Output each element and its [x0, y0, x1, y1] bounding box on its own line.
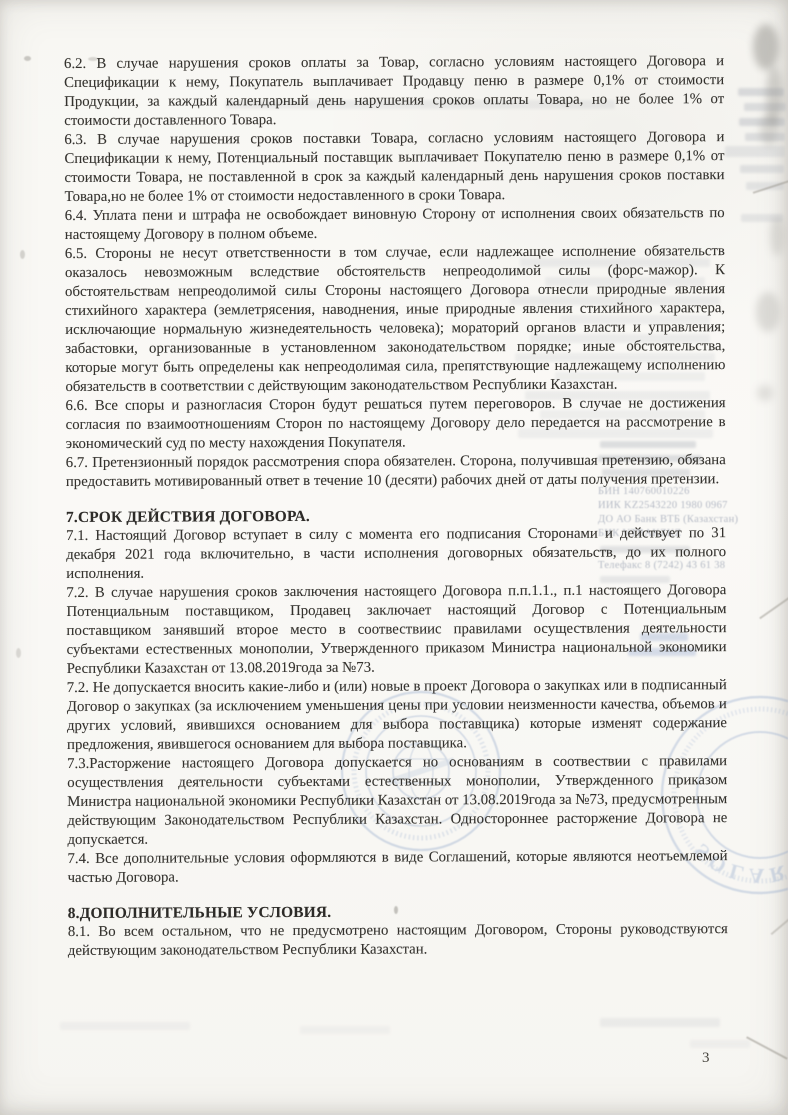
clause-7-3: 7.3.Расторжение настоящего Договора допу…: [67, 752, 727, 850]
smudge: [725, 146, 785, 157]
speck: [16, 648, 21, 658]
scanned-contract-page: БИН 140760010226 ИИК KZ2543220 1980 0967…: [0, 0, 788, 1115]
scratch-mark: [771, 917, 788, 935]
clause-7-2a: 7.2. В случае нарушения сроков заключени…: [66, 581, 726, 679]
clause-6-3: 6.3. В случае нарушения сроков поставки …: [64, 128, 724, 207]
smudge: [770, 216, 784, 256]
clause-6-5: 6.5. Стороны не несут ответственности в …: [65, 242, 726, 397]
clause-8-1: 8.1. Во всем остальном, что не предусмот…: [68, 920, 728, 961]
clause-6-4: 6.4. Уплата пени и штрафа не освобождает…: [65, 204, 725, 245]
smudge: [300, 1026, 390, 1034]
scratch-mark: [746, 1036, 787, 1059]
contract-text: 6.2. В случае нарушения сроков оплаты за…: [64, 52, 728, 961]
clause-6-2: 6.2. В случае нарушения сроков оплаты за…: [64, 52, 724, 131]
smudge: [740, 165, 784, 173]
speck: [20, 250, 25, 259]
smudge: [690, 1040, 750, 1048]
clause-6-6: 6.6. Все споры и разногласия Сторон буду…: [65, 394, 725, 454]
clause-6-7: 6.7. Претензионный порядок рассмотрения …: [66, 451, 726, 492]
clause-7-4: 7.4. Все дополнительные условия оформляю…: [67, 847, 727, 888]
smudge: [60, 1022, 190, 1030]
smudge: [756, 292, 780, 332]
clause-7-1: 7.1. Настоящий Договор вступает в силу с…: [66, 524, 726, 584]
scratch-mark: [759, 595, 788, 619]
page-number: 3: [702, 1050, 710, 1067]
smudge: [753, 24, 779, 70]
smudge: [760, 112, 778, 146]
clause-7-2b: 7.2. Не допускается вносить какие-либо и…: [67, 676, 727, 755]
smudge: [757, 385, 773, 401]
smudge: [600, 1018, 720, 1027]
speck: [24, 56, 31, 61]
